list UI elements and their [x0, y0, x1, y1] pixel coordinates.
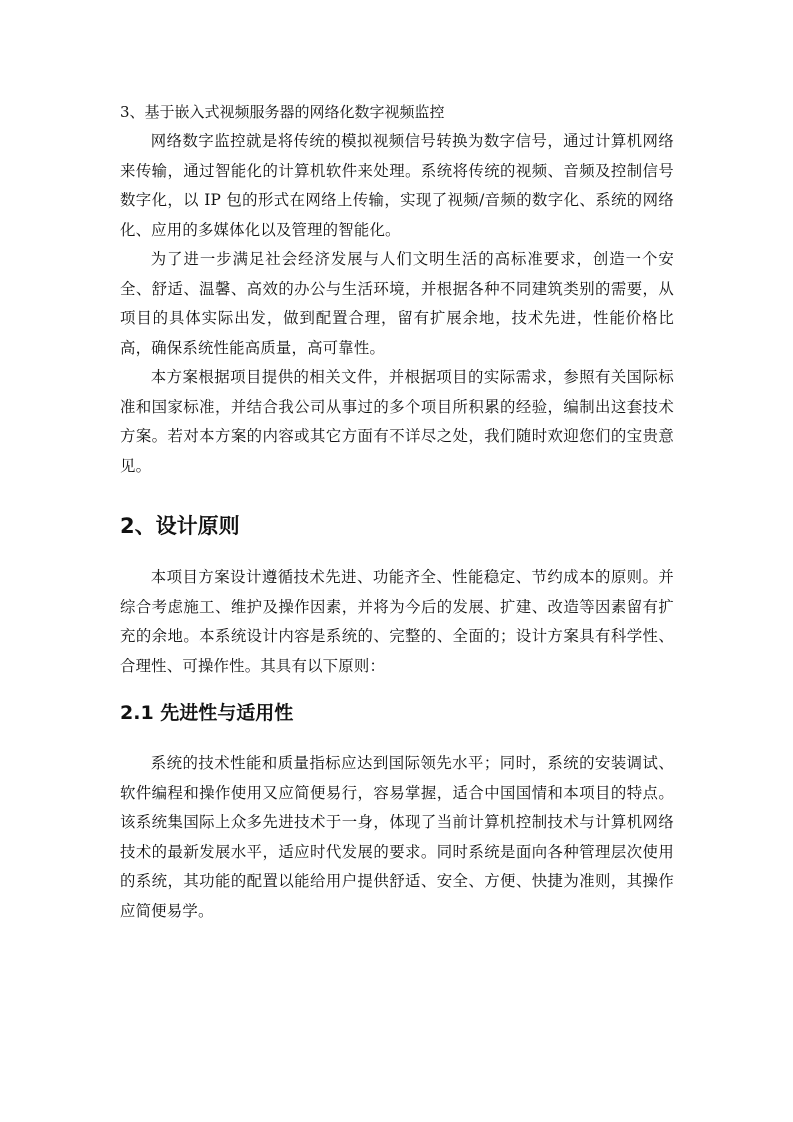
section-heading-design-principles: 2、设计原则 — [120, 511, 674, 541]
paragraph-requirements: 为了进一步满足社会经济发展与人们文明生活的高标准要求，创造一个安全、舒适、温馨、… — [120, 245, 674, 363]
paragraph-design-principles: 本项目方案设计遵循技术先进、功能齐全、性能稳定、节约成本的原则。并综合考虑施工、… — [120, 563, 674, 681]
paragraph-scheme-basis: 本方案根据项目提供的相关文件，并根据项目的实际需求，参照有关国际标准和国家标准，… — [120, 363, 674, 481]
paragraph-network-digital-monitoring: 网络数字监控就是将传统的模拟视频信号转换为数字信号，通过计算机网络来传输，通过智… — [120, 127, 674, 245]
paragraph-advanced-applicable: 系统的技术性能和质量指标应达到国际领先水平；同时，系统的安装调试、软件编程和操作… — [120, 749, 674, 926]
subsection-heading-advanced-applicable: 2.1 先进性与适用性 — [120, 699, 674, 727]
list-item-embedded-video-server: 3、基于嵌入式视频服务器的网络化数字视频监控 — [120, 98, 674, 127]
document-page: 3、基于嵌入式视频服务器的网络化数字视频监控 网络数字监控就是将传统的模拟视频信… — [120, 98, 674, 926]
